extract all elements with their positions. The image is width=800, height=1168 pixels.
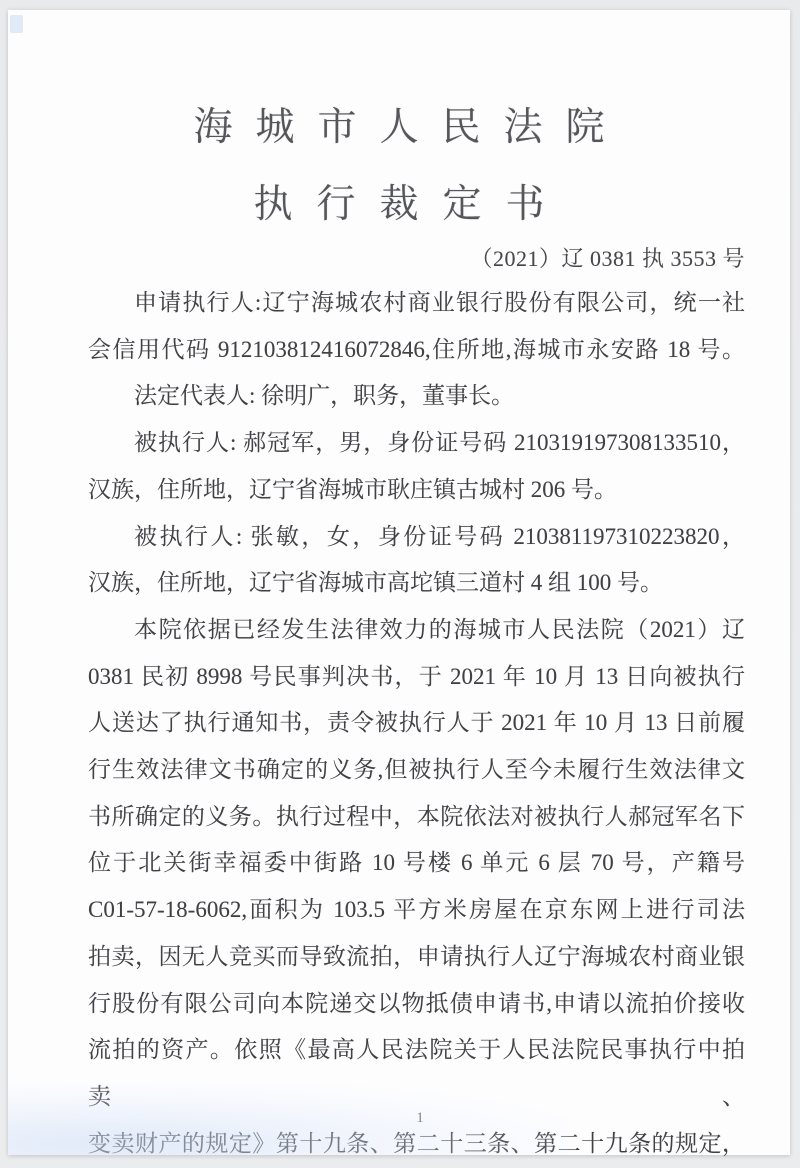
scan-background: 海城市人民法院 执行裁定书 （2021）辽 0381 执 3553 号 申请执行… (0, 0, 800, 1168)
body-line: C01-57-18-6062,面积为 103.5 平方米房屋在京东网上进行司法 (88, 887, 745, 934)
body-line: 本院依据已经发生法律效力的海城市人民法院（2021）辽 (88, 607, 745, 654)
body-line: 会信用代码 912103812416072846,住所地,海城市永安路 18 号… (88, 327, 745, 374)
body-line: 汉族，住所地，辽宁省海城市耿庄镇古城村 206 号。 (88, 467, 745, 514)
scan-artifact-spot (10, 15, 23, 33)
body-line: 被执行人: 郝冠军，男，身份证号码 210319197308133510， (88, 420, 745, 467)
body-line: 人送达了执行通知书，责令被执行人于 2021 年 10 月 13 日前履 (88, 700, 745, 747)
body-line: 被执行人: 张敏，女，身份证号码 210381197310223820， (88, 514, 745, 561)
body-line: 申请执行人:辽宁海城农村商业银行股份有限公司，统一社 (88, 280, 745, 327)
body-line: 流拍的资产。依照《最高人民法院关于人民法院民事执行中拍卖、 (88, 1027, 745, 1120)
body-line: 0381 民初 8998 号民事判决书，于 2021 年 10 月 13 日向被… (88, 654, 745, 701)
document-body: 申请执行人:辽宁海城农村商业银行股份有限公司，统一社 会信用代码 9121038… (88, 280, 745, 1167)
document-title: 执行裁定书 (8, 183, 790, 227)
body-line: 位于北关街幸福委中街路 10 号楼 6 单元 6 层 70 号，产籍号 (88, 840, 745, 887)
body-line: 拍卖，因无人竞买而导致流拍，申请执行人辽宁海城农村商业银 (88, 934, 745, 981)
body-line: 行生效法律文书确定的义务,但被执行人至今未履行生效法律文 (88, 747, 745, 794)
case-number: （2021）辽 0381 执 3553 号 (470, 244, 745, 274)
body-line: 书所确定的义务。执行过程中，本院依法对被执行人郝冠军名下 (88, 794, 745, 841)
page-number: 1 (8, 1108, 790, 1128)
body-line: 汉族，住所地，辽宁省海城市高坨镇三道村 4 组 100 号。 (88, 560, 745, 607)
court-name-title: 海城市人民法院 (8, 106, 790, 150)
document-page: 海城市人民法院 执行裁定书 （2021）辽 0381 执 3553 号 申请执行… (8, 10, 790, 1155)
body-line: 行股份有限公司向本院递交以物抵债申请书,申请以流拍价接收 (88, 981, 745, 1028)
body-line: 法定代表人: 徐明广，职务，董事长。 (88, 373, 745, 420)
